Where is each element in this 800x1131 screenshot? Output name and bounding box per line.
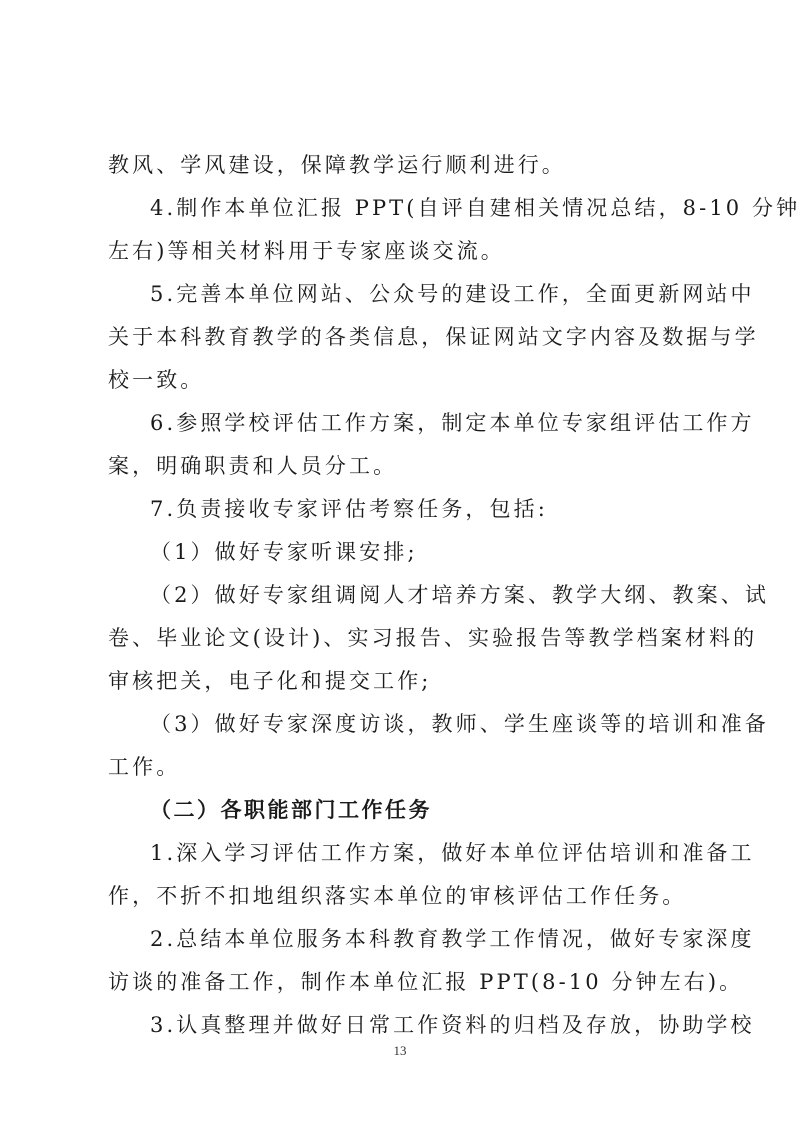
text-line: （3）做好专家深度访谈，教师、学生座谈等的培训和准备 bbox=[150, 709, 735, 739]
page-number: 13 bbox=[0, 1043, 800, 1059]
text-line: 3.认真整理并做好日常工作资料的归档及存放，协助学校 bbox=[150, 1010, 735, 1040]
text-line: 访谈的准备工作，制作本单位汇报 PPT(8-10 分钟左右)。 bbox=[108, 967, 693, 997]
document-page: 教风、学风建设，保障教学运行顺利进行。 4.制作本单位汇报 PPT(自评自建相关… bbox=[0, 0, 800, 1131]
text-line: 审核把关，电子化和提交工作; bbox=[108, 666, 693, 696]
text-line: 1.深入学习评估工作方案，做好本单位评估培训和准备工 bbox=[150, 838, 735, 868]
text-line: 作，不折不扣地组织落实本单位的审核评估工作任务。 bbox=[108, 881, 693, 911]
section-heading: （二）各职能部门工作任务 bbox=[150, 795, 735, 825]
text-line: 关于本科教育教学的各类信息，保证网站文字内容及数据与学 bbox=[108, 322, 693, 352]
text-line: 2.总结本单位服务本科教育教学工作情况，做好专家深度 bbox=[150, 924, 735, 954]
text-line: 4.制作本单位汇报 PPT(自评自建相关情况总结，8-10 分钟 bbox=[150, 193, 735, 223]
text-line: （1）做好专家听课安排; bbox=[150, 537, 735, 567]
text-line: 案，明确职责和人员分工。 bbox=[108, 451, 693, 481]
text-line: 6.参照学校评估工作方案，制定本单位专家组评估工作方 bbox=[150, 408, 735, 438]
text-line: 工作。 bbox=[108, 752, 693, 782]
text-line: 左右)等相关材料用于专家座谈交流。 bbox=[108, 236, 693, 266]
text-line: （2）做好专家组调阅人才培养方案、教学大纲、教案、试 bbox=[150, 580, 735, 610]
text-line: 教风、学风建设，保障教学运行顺利进行。 bbox=[108, 150, 693, 180]
text-line: 校一致。 bbox=[108, 365, 693, 395]
text-line: 7.负责接收专家评估考察任务，包括: bbox=[150, 494, 735, 524]
text-line: 5.完善本单位网站、公众号的建设工作，全面更新网站中 bbox=[150, 279, 735, 309]
text-line: 卷、毕业论文(设计)、实习报告、实验报告等教学档案材料的 bbox=[108, 623, 693, 653]
